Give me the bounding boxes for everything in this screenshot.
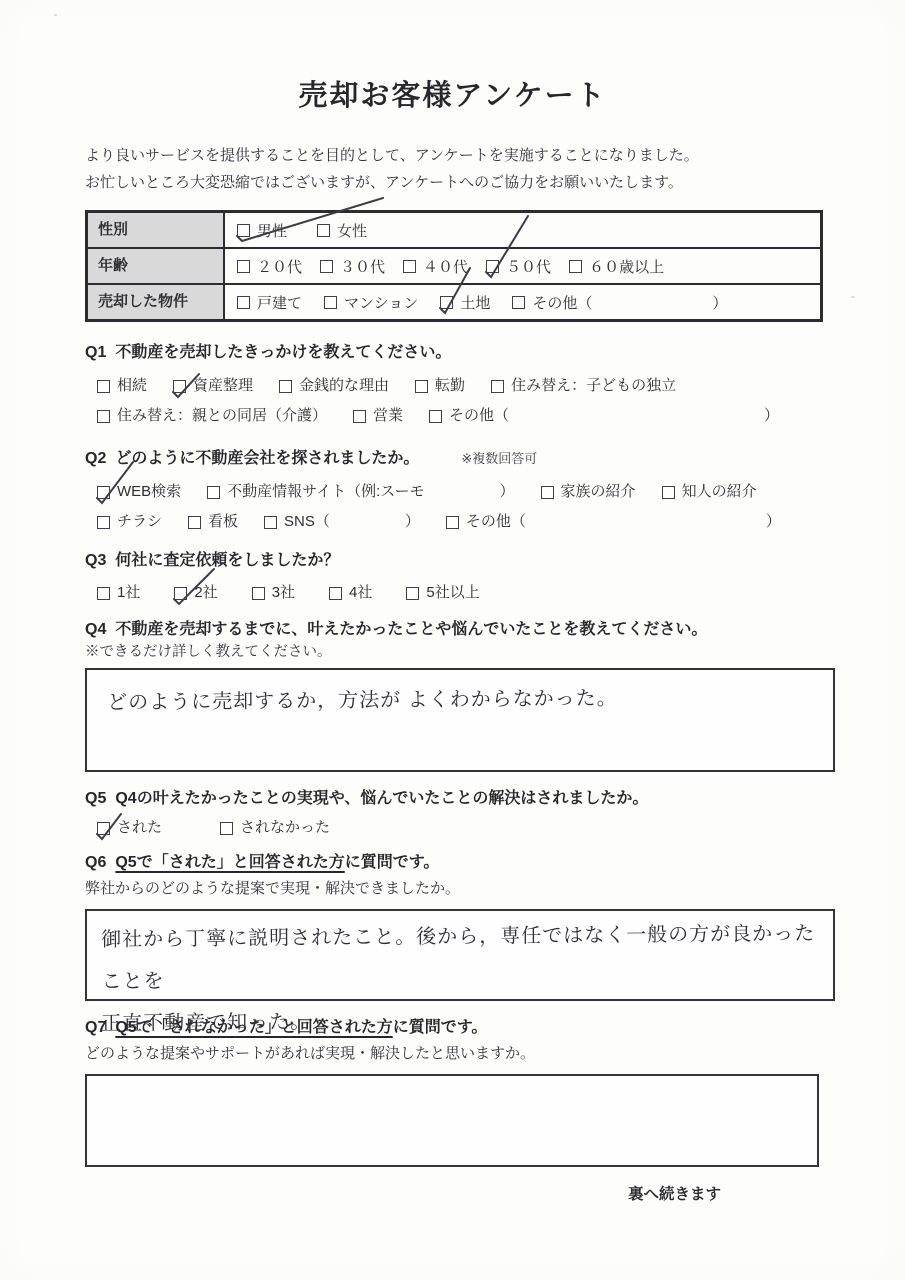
checkbox-family-referral[interactable]	[541, 486, 554, 499]
option-label: 1社	[117, 579, 140, 607]
q1-option-living-with-parents: 住み替え：親との同居（介護）	[97, 402, 327, 430]
question-6: Q6Q5で「された」と回答された方に質問です。 弊社からのどのような提案で実現・…	[85, 852, 835, 1001]
checkbox-resolved-checked[interactable]	[97, 822, 110, 835]
checkbox-4-companies[interactable]	[329, 587, 342, 600]
checkbox-web-search-checked[interactable]	[97, 486, 110, 499]
q3-option-2-companies: 2社	[174, 579, 217, 607]
property-options: 戸建て マンション 土地 その他（ ）	[225, 285, 820, 319]
option-label: SNS（ ）	[284, 508, 420, 536]
checkbox-3-companies[interactable]	[252, 587, 265, 600]
continues-on-back-note: 裏へ続きます	[85, 1182, 835, 1204]
option-label: 住み替え：親との同居（介護）	[117, 402, 327, 430]
question-4: Q4不動産を売却するまでに、叶えたかったことや悩んでいたことを教えてください。 …	[85, 619, 835, 772]
q1-number: Q1	[85, 344, 106, 361]
option-label: ５０代	[506, 256, 551, 277]
survey-scan-page: 売却お客様アンケート より良いサービスを提供することを目的として、アンケートを実…	[0, 0, 905, 1280]
q4-title-text: 不動産を売却するまでに、叶えたかったことや悩んでいたことを教えてください。	[115, 621, 707, 638]
q3-options-row: 1社 2社 3社 4社 5社以上	[85, 579, 835, 607]
checkbox-5plus-companies[interactable]	[406, 587, 419, 600]
q6-sub-question: 弊社からのどのような提案で実現・解決できましたか。	[85, 878, 835, 900]
option-property-land: 土地	[440, 292, 490, 313]
intro-line-1: より良いサービスを提供することを目的として、アンケートを実施することになりました…	[85, 142, 835, 169]
row-label-age: 年齢	[88, 249, 225, 283]
q2-option-property-site: 不動産情報サイト（例:スーモ ）	[207, 478, 514, 506]
checkbox-male-checked[interactable]	[237, 224, 250, 237]
q3-title-text: 何社に査定依頼をしましたか？	[115, 552, 339, 569]
checkbox-house[interactable]	[237, 296, 250, 309]
question-2: Q2どのように不動産会社を探されましたか。※複数回答可 WEB検索 不動産情報サ…	[85, 448, 835, 536]
option-label: 資産整理	[193, 372, 253, 400]
q5-number: Q5	[85, 790, 106, 807]
option-label: 5社以上	[426, 579, 479, 607]
scan-speck	[851, 296, 855, 298]
option-label: ４０代	[423, 256, 468, 277]
checkbox-sns[interactable]	[264, 516, 277, 529]
option-label: 住み替え：子どもの独立	[511, 372, 676, 400]
q3-option-3-companies: 3社	[252, 579, 295, 607]
q1-title: Q1不動産を売却したきっかけを教えてください。	[85, 342, 835, 364]
q2-title: Q2どのように不動産会社を探されましたか。※複数回答可	[85, 448, 835, 470]
option-label: 相続	[117, 372, 147, 400]
checkbox-age-40s[interactable]	[403, 260, 416, 273]
option-gender-male: 男性	[237, 220, 287, 241]
q2-options-row-1: WEB検索 不動産情報サイト（例:スーモ ） 家族の紹介 知人の紹介	[85, 478, 835, 506]
checkbox-q1-other[interactable]	[429, 410, 442, 423]
gender-options: 男性 女性	[225, 213, 820, 247]
checkbox-age-30s[interactable]	[320, 260, 333, 273]
q2-option-other: その他（ ）	[446, 508, 781, 536]
option-property-mansion: マンション	[324, 292, 418, 313]
q1-title-text: 不動産を売却したきっかけを教えてください。	[115, 344, 451, 361]
option-label: チラシ	[117, 508, 162, 536]
q2-title-text: どのように不動産会社を探されましたか。	[115, 450, 419, 467]
option-age-50s: ５０代	[486, 256, 551, 277]
question-1: Q1不動産を売却したきっかけを教えてください。 相続 資産整理 金銭的な理由	[85, 342, 835, 430]
checkbox-1-company[interactable]	[97, 587, 110, 600]
checkbox-age-20s[interactable]	[237, 260, 250, 273]
checkbox-acquaintance-referral[interactable]	[662, 486, 675, 499]
checkbox-property-site[interactable]	[207, 486, 220, 499]
q3-option-5plus-companies: 5社以上	[406, 579, 479, 607]
option-gender-female: 女性	[317, 220, 367, 241]
checkbox-land-checked[interactable]	[440, 296, 453, 309]
checkbox-children-independent[interactable]	[491, 380, 504, 393]
option-label: 戸建て	[257, 292, 302, 313]
table-row-gender: 性別 男性 女性	[88, 213, 820, 247]
question-5: Q5Q4の叶えたかったことの実現や、悩んでいたことの解決はされましたか。 された…	[85, 788, 835, 842]
option-label: 家族の紹介	[561, 478, 636, 506]
option-label: その他（ ）	[449, 402, 779, 430]
q2-option-signboard: 看板	[188, 508, 238, 536]
q6-title-rest: に質問です。	[345, 854, 440, 871]
option-age-40s: ４０代	[403, 256, 468, 277]
option-label: 4社	[349, 579, 372, 607]
q5-title: Q5Q4の叶えたかったことの実現や、悩んでいたことの解決はされましたか。	[85, 788, 835, 810]
option-label: ３０代	[340, 256, 385, 277]
table-row-age: 年齢 ２０代 ３０代 ４０代	[88, 247, 820, 283]
option-property-house: 戸建て	[237, 292, 302, 313]
checkbox-property-other[interactable]	[512, 296, 525, 309]
q1-option-inheritance: 相続	[97, 372, 147, 400]
q7-answer-box[interactable]	[85, 1074, 819, 1167]
q4-detail-note: ※できるだけ詳しく教えてください。	[85, 641, 835, 663]
option-label: 転勤	[435, 372, 465, 400]
option-age-30s: ３０代	[320, 256, 385, 277]
q6-number: Q6	[85, 854, 106, 871]
checkbox-age-60plus[interactable]	[569, 260, 582, 273]
checkbox-financial[interactable]	[279, 380, 292, 393]
q5-option-resolved: された	[97, 814, 162, 842]
option-label: その他（ ）	[466, 508, 781, 536]
checkbox-asset-organizing-checked[interactable]	[173, 380, 186, 393]
intro-line-2: お忙しいところ大変恐縮ではございますが、アンケートへのご協力をお願いいたします。	[85, 169, 835, 196]
q1-option-children-independent: 住み替え：子どもの独立	[491, 372, 676, 400]
checkbox-age-50s-checked[interactable]	[486, 260, 499, 273]
option-label: 女性	[337, 220, 367, 241]
q1-options-row-1: 相続 資産整理 金銭的な理由 転勤 住み替え：子どもの独立	[85, 372, 835, 400]
option-label: 金銭的な理由	[299, 372, 389, 400]
q3-title: Q3何社に査定依頼をしましたか？	[85, 550, 835, 572]
row-label-property: 売却した物件	[88, 285, 225, 319]
option-label: ２０代	[257, 256, 302, 277]
option-age-20s: ２０代	[237, 256, 302, 277]
q4-answer-box[interactable]: どのように売却するか，方法が よくわからなかった。	[85, 668, 835, 772]
option-label: 不動産情報サイト（例:スーモ ）	[227, 478, 514, 506]
q2-option-family-referral: 家族の紹介	[541, 478, 636, 506]
checkbox-mansion[interactable]	[324, 296, 337, 309]
option-age-60plus: ６０歳以上	[569, 256, 664, 277]
scan-speck	[54, 14, 57, 16]
q2-option-web-search: WEB検索	[97, 478, 181, 506]
q7-sub-question: どのような提案やサポートがあれば実現・解決したと思いますか。	[85, 1043, 835, 1065]
checkbox-2-companies-checked[interactable]	[174, 587, 187, 600]
option-label: 土地	[460, 292, 490, 313]
age-options: ２０代 ３０代 ４０代 ５０代	[225, 249, 820, 283]
q6-title: Q6Q5で「された」と回答された方に質問です。	[85, 852, 835, 874]
q2-options-row-2: チラシ 看板 SNS（ ） その他（ ）	[85, 508, 835, 536]
q3-option-4-companies: 4社	[329, 579, 372, 607]
option-label: されなかった	[240, 814, 330, 842]
table-row-property: 売却した物件 戸建て マンション 土地	[88, 283, 820, 319]
option-label: された	[117, 814, 162, 842]
q6-handwritten-line-1: 御社から丁寧に説明されたこと。後から，専任ではなく一般の方が良かったことを	[101, 913, 818, 1003]
page-title: 売却お客様アンケート	[0, 76, 905, 116]
q2-multi-answer-note: ※複数回答可	[461, 451, 537, 466]
option-property-other: その他（ ）	[512, 292, 727, 313]
q6-title-underlined: Q5で「された」と回答された方	[115, 854, 344, 871]
option-label: 知人の紹介	[682, 478, 757, 506]
q5-option-not-resolved: されなかった	[220, 814, 330, 842]
q4-title: Q4不動産を売却するまでに、叶えたかったことや悩んでいたことを教えてください。	[85, 619, 835, 641]
q1-option-sales: 営業	[353, 402, 403, 430]
q2-option-acquaintance-referral: 知人の紹介	[662, 478, 757, 506]
option-label: 看板	[208, 508, 238, 536]
q4-number: Q4	[85, 621, 106, 638]
q3-number: Q3	[85, 552, 106, 569]
checkbox-q2-other[interactable]	[446, 516, 459, 529]
q1-option-other: その他（ ）	[429, 402, 779, 430]
option-label: 男性	[257, 220, 287, 241]
q4-handwritten-answer: どのように売却するか，方法が よくわからなかった。	[107, 676, 817, 724]
question-3: Q3何社に査定依頼をしましたか？ 1社 2社 3社 4社	[85, 550, 835, 607]
q6-answer-box[interactable]: 御社から丁寧に説明されたこと。後から，専任ではなく一般の方が良かったことを 正直…	[85, 909, 835, 1001]
checkbox-not-resolved[interactable]	[220, 822, 233, 835]
checkbox-female[interactable]	[317, 224, 330, 237]
q6-handwritten-line-2: 正直不動産で知った。	[101, 997, 817, 1045]
option-label: その他（ ）	[532, 292, 727, 313]
q1-option-job-transfer: 転勤	[415, 372, 465, 400]
option-label: 2社	[194, 579, 217, 607]
checkbox-flyer[interactable]	[97, 516, 110, 529]
checkbox-sales[interactable]	[353, 410, 366, 423]
q1-option-asset-organizing: 資産整理	[173, 372, 253, 400]
checkbox-living-with-parents[interactable]	[97, 410, 110, 423]
option-label: WEB検索	[117, 478, 181, 506]
option-label: マンション	[344, 292, 418, 313]
respondent-profile-table: 性別 男性 女性 年齢 ２０代	[85, 210, 823, 322]
option-label: ６０歳以上	[589, 256, 664, 277]
row-label-gender: 性別	[88, 213, 225, 247]
intro-text: より良いサービスを提供することを目的として、アンケートを実施することになりました…	[85, 142, 835, 196]
q1-option-financial: 金銭的な理由	[279, 372, 389, 400]
checkbox-signboard[interactable]	[188, 516, 201, 529]
option-label: 営業	[373, 402, 403, 430]
q2-option-flyer: チラシ	[97, 508, 162, 536]
q1-options-row-2: 住み替え：親との同居（介護） 営業 その他（ ）	[85, 402, 835, 430]
q7-handwritten-answer	[87, 1070, 817, 1076]
checkbox-job-transfer[interactable]	[415, 380, 428, 393]
q2-option-sns: SNS（ ）	[264, 508, 420, 536]
q5-options-row: された されなかった	[85, 814, 835, 842]
q2-number: Q2	[85, 450, 106, 467]
q3-option-1-company: 1社	[97, 579, 140, 607]
checkbox-inheritance[interactable]	[97, 380, 110, 393]
option-label: 3社	[272, 579, 295, 607]
q5-title-text: Q4の叶えたかったことの実現や、悩んでいたことの解決はされましたか。	[115, 790, 648, 807]
